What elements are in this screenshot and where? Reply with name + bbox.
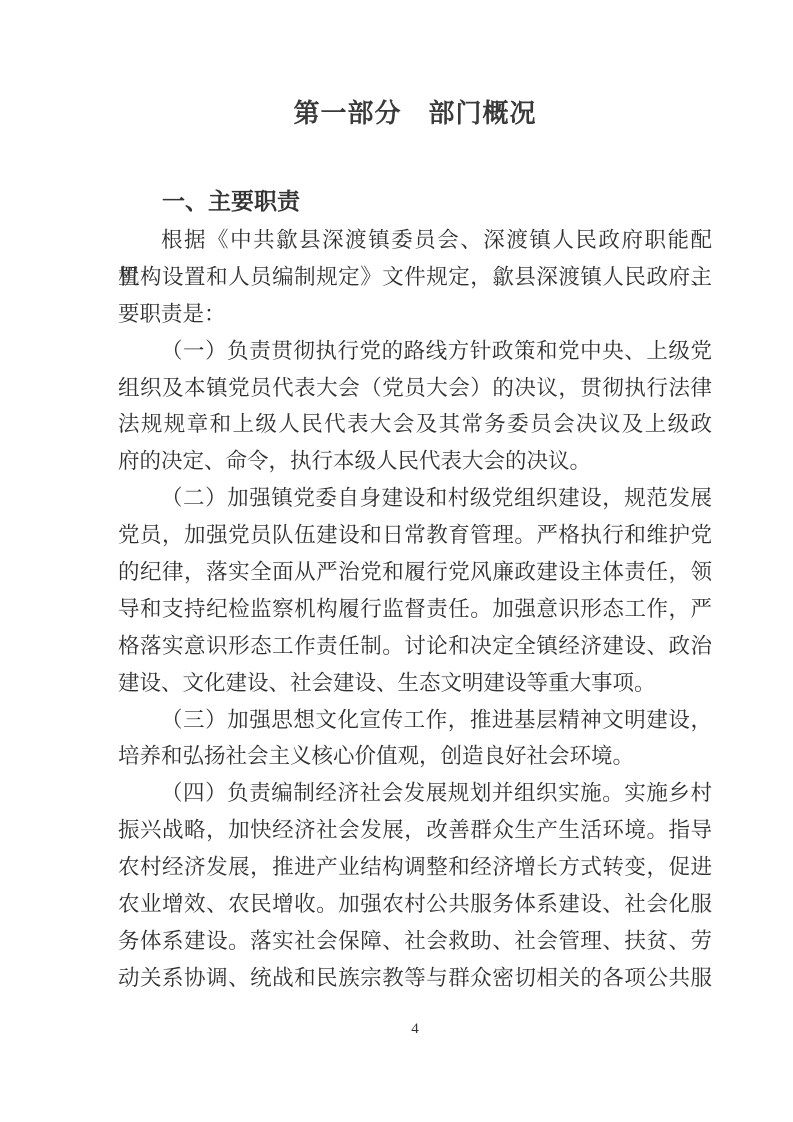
text-line: 的纪律，落实全面从严治党和履行党风廉政建设主体责任，领 xyxy=(118,554,712,591)
text-line: （三）加强思想文化宣传工作，推进基层精神文明建设， xyxy=(118,702,712,739)
text-line: 导和支持纪检监察机构履行监督责任。加强意识形态工作，严 xyxy=(118,591,712,628)
text-line: 格落实意识形态工作责任制。讨论和决定全镇经济建设、政治 xyxy=(118,628,712,665)
text-line: 根据《中共歙县深渡镇委员会、深渡镇人民政府职能配置、 xyxy=(118,222,712,259)
text-line: 要职责是： xyxy=(118,296,712,333)
section-heading: 一、主要职责 xyxy=(118,186,712,216)
text-line: 农业增效、农民增收。加强农村公共服务体系建设、社会化服 xyxy=(118,886,712,923)
text-line: 法规规章和上级人民代表大会及其常务委员会决议及上级政 xyxy=(118,406,712,443)
text-line: 务体系建设。落实社会保障、社会救助、社会管理、扶贫、劳 xyxy=(118,923,712,960)
text-line: 府的决定、命令，执行本级人民代表大会的决议。 xyxy=(118,443,712,480)
text-line: （一）负责贯彻执行党的路线方针政策和党中央、上级党 xyxy=(118,333,712,370)
document-body: 根据《中共歙县深渡镇委员会、深渡镇人民政府职能配置、机构设置和人员编制规定》文件… xyxy=(118,222,712,997)
text-line: 农村经济发展，推进产业结构调整和经济增长方式转变，促进 xyxy=(118,849,712,886)
page-number: 4 xyxy=(118,1019,712,1039)
text-line: 动关系协调、统战和民族宗教等与群众密切相关的各项公共服 xyxy=(118,960,712,997)
text-line: （四）负责编制经济社会发展规划并组织实施。实施乡村 xyxy=(118,775,712,812)
text-line: 机构设置和人员编制规定》文件规定，歙县深渡镇人民政府主 xyxy=(118,259,712,296)
text-line: 党员，加强党员队伍建设和日常教育管理。严格执行和维护党 xyxy=(118,517,712,554)
page-title: 第一部分 部门概况 xyxy=(118,97,712,129)
text-line: 振兴战略，加快经济社会发展，改善群众生产生活环境。指导 xyxy=(118,812,712,849)
text-line: 组织及本镇党员代表大会（党员大会）的决议，贯彻执行法律 xyxy=(118,370,712,407)
text-line: （二）加强镇党委自身建设和村级党组织建设，规范发展 xyxy=(118,480,712,517)
text-line: 建设、文化建设、社会建设、生态文明建设等重大事项。 xyxy=(118,665,712,702)
document-page: 第一部分 部门概况 一、主要职责 根据《中共歙县深渡镇委员会、深渡镇人民政府职能… xyxy=(0,0,793,1122)
text-line: 培养和弘扬社会主义核心价值观，创造良好社会环境。 xyxy=(118,738,712,775)
